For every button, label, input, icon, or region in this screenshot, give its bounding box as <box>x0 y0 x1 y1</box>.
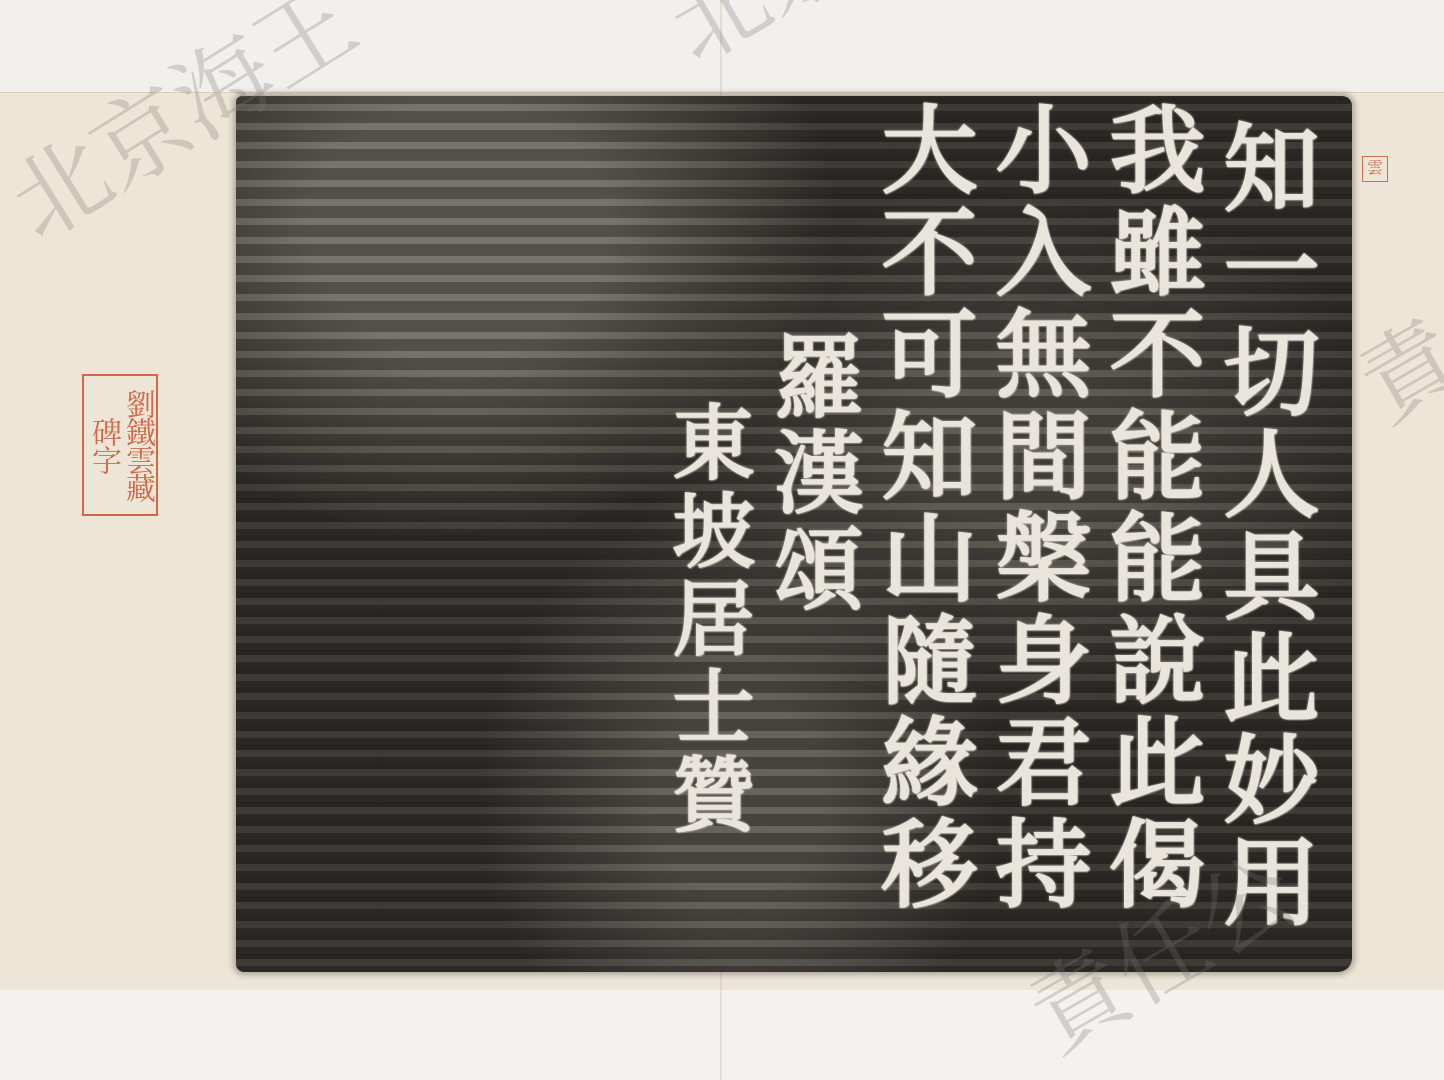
inscription-column-4: 大不可知山隨緣移 <box>874 100 970 960</box>
inscription-column-6: 東坡居士贊 <box>666 400 748 960</box>
inscription-column-1: 知一切人具此妙用 <box>1216 118 1312 960</box>
inscription: 知一切人具此妙用 我雖不能能說此偈 小入無間槃身君持 大不可知山隨緣移 羅漢頌 … <box>236 100 1352 960</box>
bottom-margin <box>0 990 1444 1080</box>
inscription-column-5: 羅漢頌 <box>766 330 856 960</box>
inscription-column-3: 小入無間槃身君持 <box>988 100 1084 960</box>
collector-seal-left: 劉鐵雲藏碑字 <box>82 374 158 516</box>
collector-seal-right: 雲 <box>1362 156 1388 182</box>
inscription-column-2: 我雖不能能說此偈 <box>1102 100 1198 960</box>
top-margin <box>0 0 1444 92</box>
